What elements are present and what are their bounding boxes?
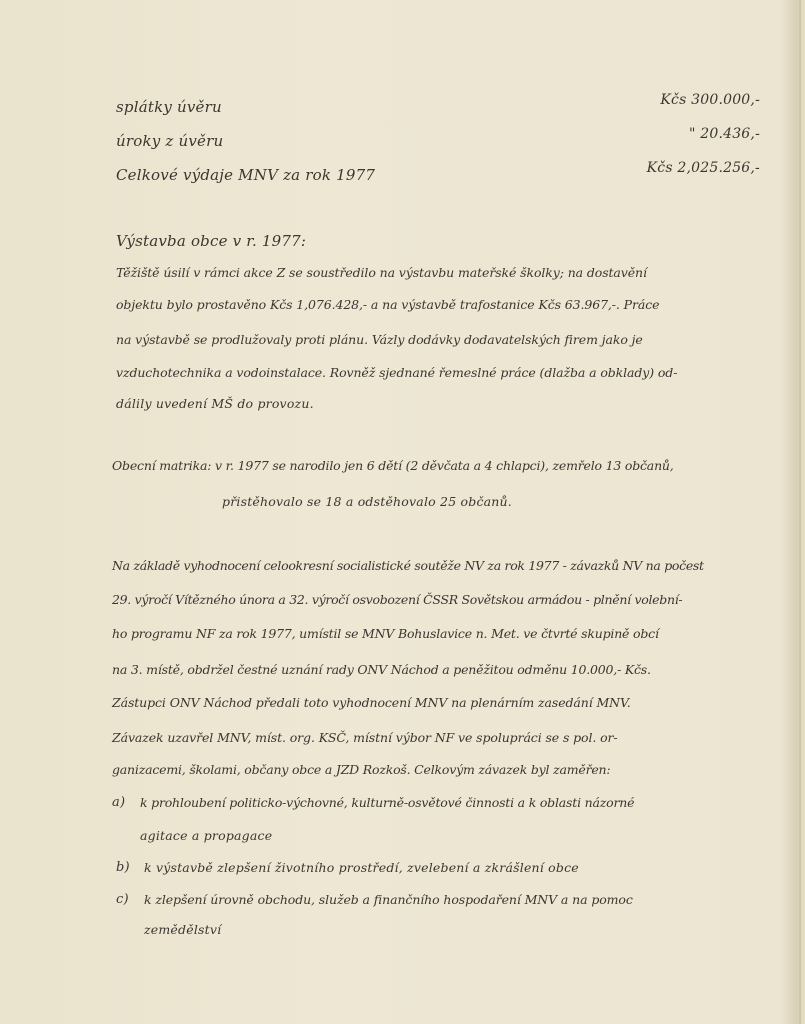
paragraph-line: na výstavbě se prodlužovaly proti plánu.… (116, 332, 643, 347)
account-label: splátky úvěru (116, 98, 222, 116)
list-marker: c) (116, 892, 129, 907)
list-text: k prohloubení politicko-výchovné, kultur… (140, 795, 634, 810)
paragraph-line: Těžiště úsilí v rámci akce Z se soustřed… (116, 265, 647, 280)
paragraph-line: na 3. místě, obdržel čestné uznání rady … (112, 662, 651, 677)
section-heading: Výstavba obce v r. 1977: (116, 232, 306, 250)
paragraph-line: objektu bylo prostavěno Kčs 1,076.428,- … (116, 297, 659, 312)
paragraph-line: Zástupci ONV Náchod předali toto vyhodno… (112, 695, 631, 710)
page-gutter-edge (799, 0, 801, 1024)
paragraph-line: ho programu NF za rok 1977, umístil se M… (112, 626, 659, 641)
paragraph-line: ganizacemi, školami, občany obce a JZD R… (112, 762, 610, 777)
list-text: k výstavbě zlepšení životního prostředí,… (144, 860, 579, 875)
list-text: k zlepšení úrovně obchodu, služeb a fina… (144, 892, 633, 907)
list-text: zemědělství (144, 922, 221, 937)
paragraph-line: Obecní matrika: v r. 1977 se narodilo je… (112, 458, 674, 473)
paragraph-line: vzduchotechnika a vodoinstalace. Rovněž … (116, 365, 677, 380)
paragraph-line: dálily uvedení MŠ do provozu. (116, 396, 314, 411)
account-label: úroky z úvěru (116, 132, 223, 150)
paragraph-line: Závazek uzavřel MNV, míst. org. KSČ, mís… (112, 730, 618, 745)
paragraph-line: přistěhovalo se 18 a odstěhovalo 25 obča… (222, 494, 512, 509)
account-total-label: Celkové výdaje MNV za rok 1977 (116, 166, 375, 184)
handwritten-page: splátky úvěru Kčs 300.000,- úroky z úvěr… (0, 0, 805, 1024)
list-marker: b) (116, 860, 130, 875)
account-value: Kčs 300.000,- (610, 92, 760, 108)
list-marker: a) (112, 795, 125, 810)
account-total-value: Kčs 2,025.256,- (610, 160, 760, 176)
account-value: " 20.436,- (610, 126, 760, 142)
paragraph-line: Na základě vyhodnocení celookresní socia… (112, 558, 704, 573)
paragraph-line: 29. výročí Vítězného února a 32. výročí … (112, 592, 682, 607)
list-text: agitace a propagace (140, 828, 272, 843)
